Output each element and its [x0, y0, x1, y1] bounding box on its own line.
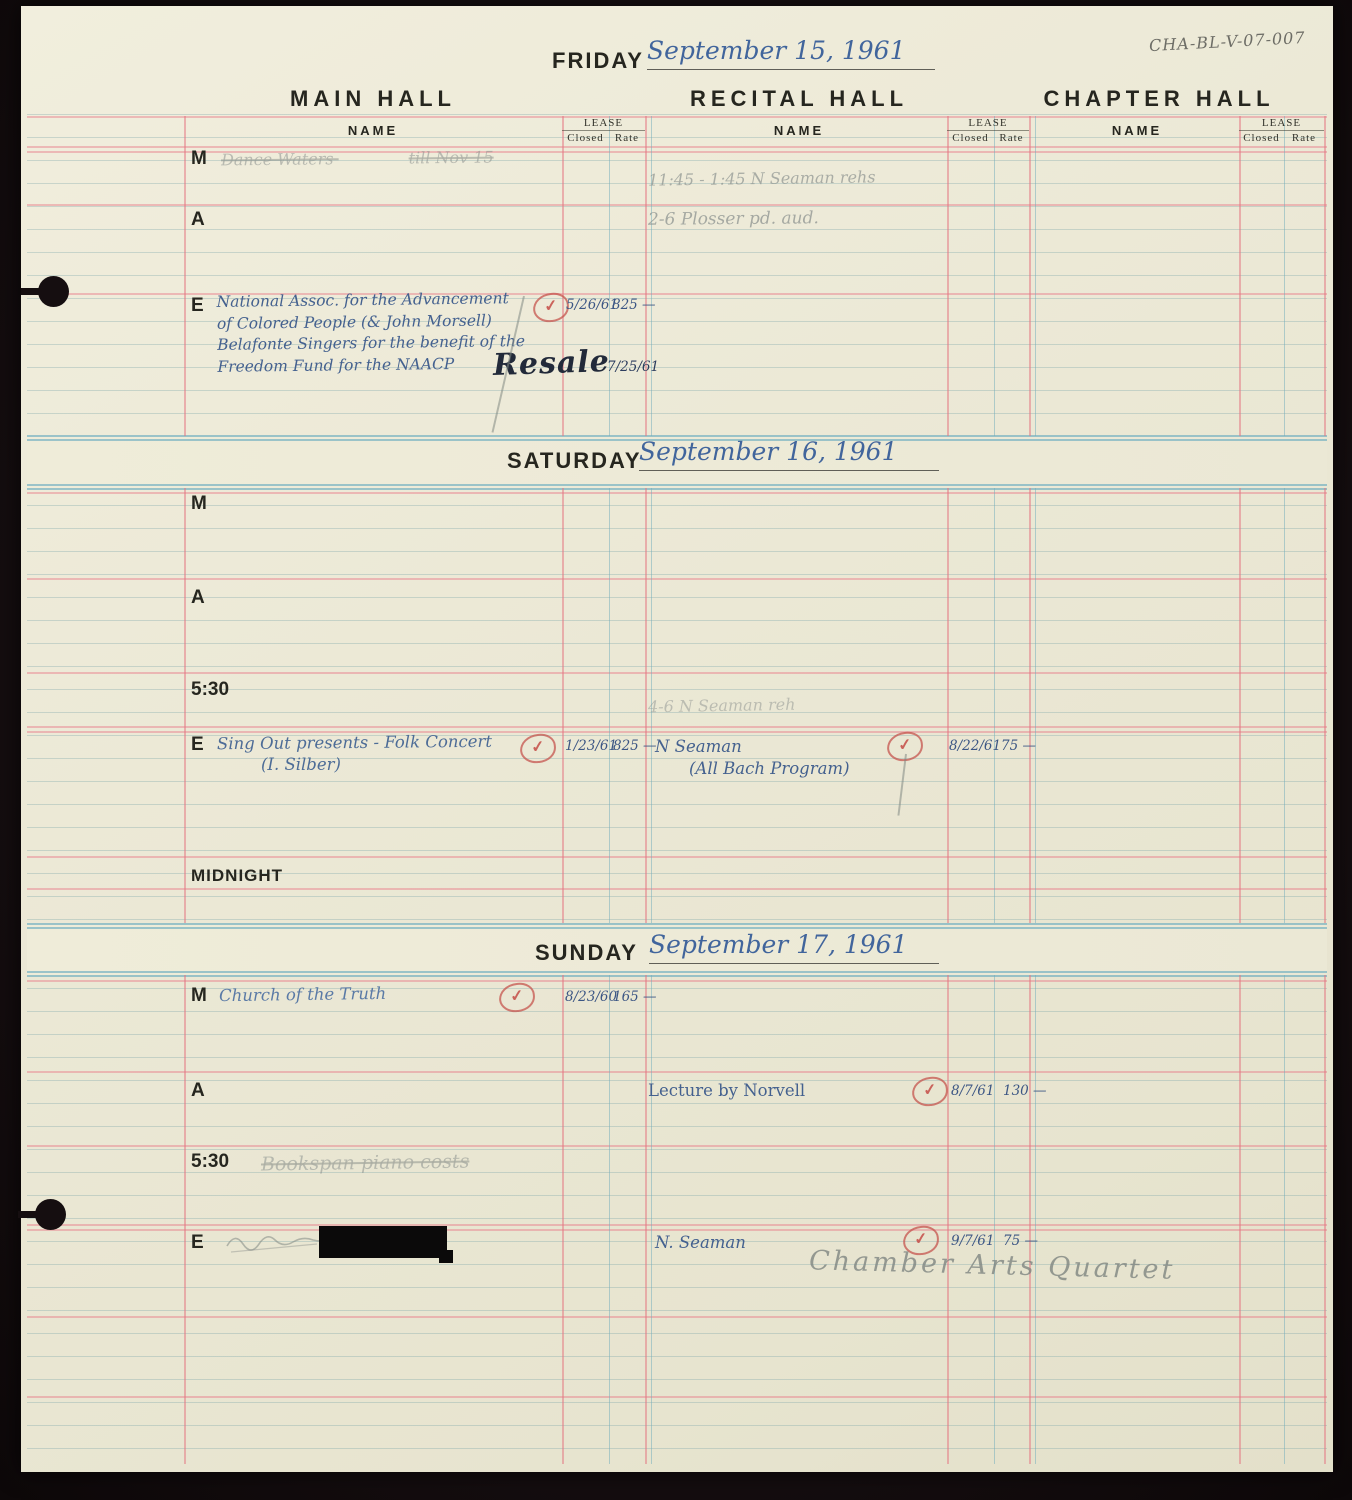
friday-time-e: E — [191, 295, 204, 317]
main-lease-header: LEASE — [562, 117, 645, 129]
column-line — [1284, 975, 1285, 1464]
sunday-time-e: E — [191, 1232, 204, 1254]
sunday-day-label: SUNDAY — [535, 940, 638, 966]
saturday-time-m: M — [191, 493, 207, 515]
lease-divider — [562, 130, 645, 131]
saturday-time-midnight: MIDNIGHT — [191, 866, 283, 886]
column-line — [1284, 488, 1285, 923]
friday-columns — [21, 116, 1333, 436]
column-line — [1029, 116, 1031, 436]
divider-line — [27, 927, 1327, 929]
redaction-box — [319, 1226, 447, 1258]
entry-line: National Assoc. for the Advancement — [216, 288, 524, 313]
column-line — [1035, 488, 1036, 923]
column-line — [562, 116, 564, 436]
column-line — [1324, 488, 1326, 923]
sunday-time-530: 5:30 — [191, 1151, 229, 1173]
divider-line — [27, 923, 1327, 925]
saturday-time-e: E — [191, 734, 204, 756]
column-line — [1284, 116, 1285, 436]
friday-day-label: FRIDAY — [552, 48, 644, 74]
main-name-header: NAME — [184, 123, 562, 138]
chapter-name-header: NAME — [1035, 123, 1239, 138]
recital-hall-title: RECITAL HALL — [651, 86, 947, 112]
saturday-recital-closed-date: 8/22/61 — [949, 738, 1001, 754]
column-line — [1035, 975, 1036, 1464]
main-hall-title: MAIN HALL — [184, 86, 562, 112]
entry-friday-main-e: National Assoc. for the Advancement of C… — [216, 288, 525, 378]
sunday-m-closed-date: 8/23/60 — [565, 989, 617, 1005]
friday-time-m: M — [191, 148, 207, 170]
saturday-day-label: SATURDAY — [507, 448, 642, 474]
hole-punch — [38, 276, 69, 307]
chapter-closed-header: Closed — [1239, 132, 1284, 144]
sunday-date: September 17, 1961 — [649, 930, 939, 964]
hole-punch — [35, 1199, 66, 1230]
sunday-e-rate: 75 — — [1003, 1233, 1038, 1249]
column-line — [947, 975, 949, 1464]
main-closed-header: Closed — [562, 132, 609, 144]
column-line — [184, 116, 186, 436]
entry-friday-recital-m: 11:45 - 1:45 N Seaman rehs — [648, 167, 876, 189]
chapter-hall-title: CHAPTER HALL — [1029, 86, 1289, 112]
friday-date: September 15, 1961 — [647, 36, 935, 70]
sunday-time-m: M — [191, 985, 207, 1007]
recital-closed-header: Closed — [947, 132, 994, 144]
entry-saturday-recital-e1: N Seaman — [655, 737, 742, 756]
column-line — [994, 975, 995, 1464]
column-line — [609, 975, 610, 1464]
column-line — [562, 488, 564, 923]
friday-e-rate: 825 — — [612, 297, 656, 313]
entry-friday-recital-a: 2-6 Plosser pd. aud. — [648, 208, 819, 229]
saturday-e-closed-date: 1/23/61 — [565, 738, 617, 754]
sunday-columns — [21, 975, 1333, 1464]
entry-sunday-recital-e: N. Seaman — [655, 1233, 746, 1252]
column-line — [184, 488, 186, 923]
sunday-a-closed-date: 8/7/61 — [951, 1083, 994, 1099]
entry-sunday-main-m: Church of the Truth — [219, 984, 386, 1005]
saturday-time-530: 5:30 — [191, 679, 229, 701]
sunday-a-rate: 130 — — [1003, 1083, 1047, 1099]
column-line — [651, 975, 652, 1464]
sunday-e-closed-date: 9/7/61 — [951, 1233, 994, 1249]
saturday-e-rate: 825 — — [613, 738, 657, 754]
divider-line — [27, 484, 1327, 486]
entry-saturday-main-e2: (I. Silber) — [261, 755, 341, 774]
sunday-m-rate: 165 — — [613, 989, 657, 1005]
resale-date: 7/25/61 — [607, 359, 659, 375]
column-line — [645, 116, 647, 436]
column-line — [1324, 975, 1326, 1464]
lease-divider — [947, 130, 1029, 131]
crossed-text: till Nov 15 — [409, 148, 494, 168]
column-line — [1029, 975, 1031, 1464]
saturday-time-a: A — [191, 587, 205, 609]
recital-rate-header: Rate — [994, 132, 1029, 144]
column-line — [994, 488, 995, 923]
saturday-recital-rate: 75 — — [1001, 738, 1036, 754]
column-line — [1239, 488, 1241, 923]
column-line — [609, 116, 610, 436]
chapter-rate-header: Rate — [1284, 132, 1324, 144]
ledger-page: FRIDAY September 15, 1961 CHA-BL-V-07-00… — [21, 6, 1333, 1472]
main-rate-header: Rate — [609, 132, 645, 144]
entry-sunday-recital-a: Lecture by Norvell — [648, 1081, 805, 1100]
entry-sunday-530-crossed: Bookspan piano costs — [261, 1151, 470, 1176]
column-line — [645, 488, 647, 923]
recital-lease-header: LEASE — [947, 117, 1029, 129]
entry-friday-main-m-crossed: Dance Waters till Nov 15 — [221, 148, 494, 170]
column-line — [645, 975, 647, 1464]
column-line — [1239, 116, 1241, 436]
column-line — [1035, 116, 1036, 436]
column-line — [994, 116, 995, 436]
column-line — [1324, 116, 1326, 436]
saturday-date: September 16, 1961 — [639, 437, 939, 471]
entry-line: Freedom Fund for the NAACP — [217, 353, 525, 378]
column-line — [184, 975, 186, 1464]
column-line — [651, 116, 652, 436]
chapter-lease-header: LEASE — [1239, 117, 1324, 129]
entry-saturday-recital-e2: (All Bach Program) — [689, 759, 850, 778]
column-line — [947, 116, 949, 436]
entry-saturday-main-e1: Sing Out presents - Folk Concert — [217, 732, 492, 753]
sunday-time-a: A — [191, 1080, 205, 1102]
column-line — [1239, 975, 1241, 1464]
crossed-text: Dance Waters — [221, 149, 334, 169]
column-line — [1029, 488, 1031, 923]
recital-name-header: NAME — [651, 123, 947, 138]
redaction-box — [439, 1250, 453, 1263]
friday-time-a: A — [191, 209, 205, 231]
friday-e-closed-date: 5/26/61 — [566, 297, 618, 313]
column-line — [947, 488, 949, 923]
lease-divider — [1239, 130, 1324, 131]
divider-line — [27, 971, 1327, 973]
archive-code: CHA-BL-V-07-007 — [1149, 28, 1306, 55]
entry-saturday-recital-530: 4-6 N Seaman reh — [648, 695, 796, 717]
column-line — [562, 975, 564, 1464]
entry-line: Belafonte Singers for the benefit of the — [217, 331, 525, 356]
column-line — [609, 488, 610, 923]
